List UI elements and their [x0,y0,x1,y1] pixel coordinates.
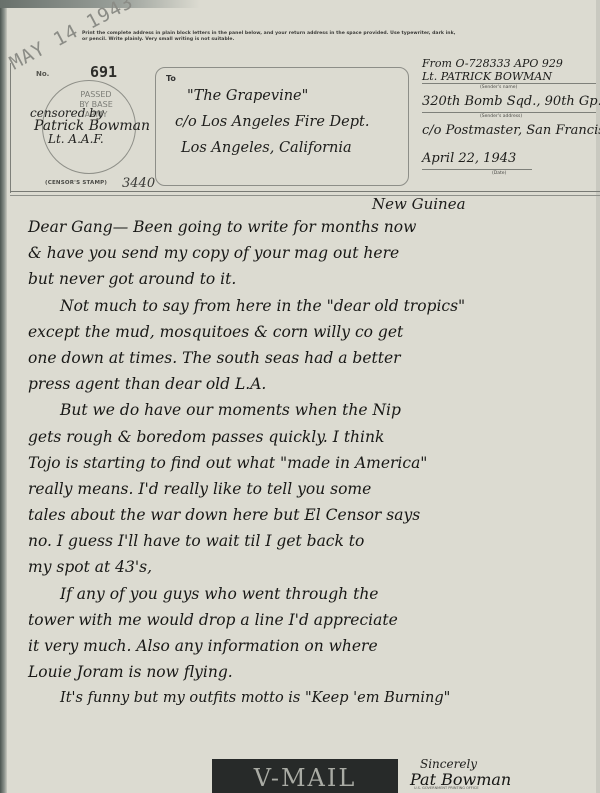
v-mail-logo: V-MAIL [212,759,398,793]
letter-line: except the mud, mosquitoes & corn willy … [28,319,588,345]
letter-line: Dear Gang— Been going to write for month… [28,214,588,240]
page-edge [0,0,7,793]
letter-line: no. I guess I'll have to wait til I get … [28,528,588,554]
letter-line: Louie Joram is now flying. [28,659,588,685]
censor-signature-line: Lt. A.A.F. [30,133,160,146]
letter-line: press agent than dear old L.A. [28,371,588,397]
sender-name: Lt. PATRICK BOWMAN [422,70,600,83]
letter-line: it very much. Also any information on wh… [28,633,588,659]
v-mail-letter: Print the complete address in plain bloc… [0,0,600,793]
letter-line: But we do have our moments when the Nip [28,397,588,423]
address-line: Los Angeles, California [175,135,405,161]
censor-number-stamp: 691 [90,63,117,81]
letter-line: tales about the war down here but El Cen… [28,502,588,528]
sender-block: From O-728333 APO 929 Lt. PATRICK BOWMAN… [422,57,600,178]
letter-line: tower with me would drop a line I'd appr… [28,607,588,633]
censor-no-label: No. [36,70,49,78]
letter-line: my spot at 43's, [28,554,588,580]
sender-name-label: (Sender's name) [422,84,600,92]
address-line: "The Grapevine" [175,83,405,109]
censor-stamp-label: (CENSOR'S STAMP) [45,180,107,186]
letter-line: really means. I'd really like to tell yo… [28,476,588,502]
date-label: (Date) [422,170,600,178]
from-line: From O-728333 APO 929 [422,57,600,70]
letter-line: & have you send my copy of your mag out … [28,240,588,266]
sender-postmaster: c/o Postmaster, San Francisco [422,121,600,141]
to-label: To [166,74,176,83]
letter-line: Tojo is starting to find out what "made … [28,450,588,476]
letter-line: Not much to say from here in the "dear o… [28,293,588,319]
letter-location: New Guinea [372,195,466,213]
divider [10,63,11,193]
form-instructions: Print the complete address in plain bloc… [82,31,462,44]
censor-signature: censored by Patrick Bowman Lt. A.A.F. [30,107,160,146]
divider [10,191,600,192]
letter-line: but never got around to it. [28,266,588,292]
letter-line: one down at times. The south seas had a … [28,345,588,371]
letter-body: Dear Gang— Been going to write for month… [28,214,588,712]
recipient-address: "The Grapevine" c/o Los Angeles Fire Dep… [175,83,405,161]
address-line: c/o Los Angeles Fire Dept. [175,109,405,135]
letter-line: gets rough & boredom passes quickly. I t… [28,424,588,450]
sender-address-label: (Sender's address) [422,113,600,121]
censor-handwritten-number: 3440 [122,176,155,191]
letter-line: If any of you guys who went through the [28,581,588,607]
sender-unit: 320th Bomb Sqd., 90th Gp. [422,92,600,112]
letter-date: April 22, 1943 [422,149,600,169]
divider [10,195,600,196]
printer-imprint: U.S. GOVERNMENT PRINTING OFFICE [414,786,479,790]
letter-closing: Sincerely [420,757,477,771]
letter-line: It's funny but my outfits motto is "Keep… [28,685,588,711]
